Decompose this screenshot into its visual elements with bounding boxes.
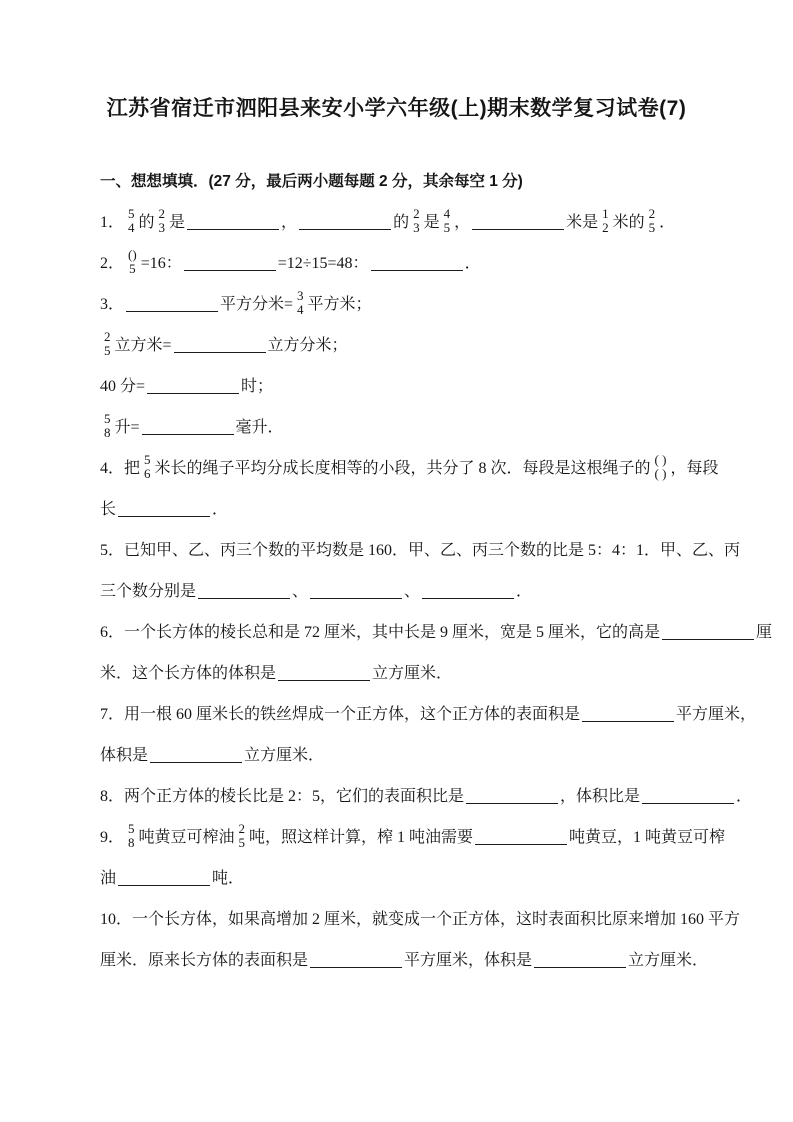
fraction-numerator: 2 [412, 207, 421, 221]
answer-blank [371, 268, 463, 271]
questions-area: 1．54的23是，的23是45，米是12米的25．2．()5=16：=12÷15… [100, 202, 793, 981]
fraction-denominator: 4 [296, 303, 305, 317]
fraction-denominator: 3 [158, 221, 167, 235]
text-run: ，体积比是 [560, 788, 640, 805]
fraction: 25 [238, 822, 247, 850]
question-line: 10．一个长方体，如果高增加 2 厘米，就变成一个正方体，这时表面积比原来增加 … [100, 899, 793, 940]
fraction: 45 [443, 207, 452, 235]
answer-blank [310, 596, 402, 599]
fraction-numerator: 2 [238, 822, 247, 836]
text-run: 9． [100, 829, 124, 846]
answer-blank [184, 268, 276, 271]
answer-blank [534, 965, 626, 968]
answer-blank [422, 596, 514, 599]
text-run: 平方分米= [220, 296, 293, 313]
text-run: 的 [393, 214, 409, 231]
question-line: 米．这个长方体的体积是立方厘米． [100, 653, 793, 694]
text-run: 4．把 [100, 460, 140, 477]
text-run: 是 [424, 214, 440, 231]
text-run: 平方米； [308, 296, 372, 313]
fraction: ()5 [127, 248, 138, 276]
text-run: 立方厘米． [244, 747, 324, 764]
text-run: 毫升． [236, 419, 284, 436]
text-run: ． [516, 583, 532, 600]
text-run: 米长的绳子平均分成长度相等的小段，共分了 8 次．每段是这根绳子的 [155, 460, 651, 477]
text-run: 米的 [613, 214, 645, 231]
fraction-numerator: 2 [158, 207, 167, 221]
answer-blank [118, 883, 210, 886]
question-line: 5．已知甲、乙、丙三个数的平均数是 160．甲、乙、丙三个数的比是 5：4：1．… [100, 530, 793, 571]
question-line: 2．()5=16：=12÷15=48：． [100, 243, 793, 284]
answer-blank [142, 432, 234, 435]
text-run: ． [465, 255, 481, 272]
fraction-denominator: 3 [412, 221, 421, 235]
question-line: 1．54的23是，的23是45，米是12米的25． [100, 202, 793, 243]
answer-blank [126, 309, 218, 312]
answer-blank [198, 596, 290, 599]
fraction: ( )( ) [654, 453, 668, 481]
fraction-numerator: 1 [601, 207, 610, 221]
question-line: 长． [100, 489, 793, 530]
text-run: 是 [169, 214, 185, 231]
fraction-numerator: 5 [127, 822, 136, 836]
answer-blank [642, 801, 734, 804]
text-run: 立方分米； [268, 337, 348, 354]
question-line: 厘米．原来长方体的表面积是平方厘米，体积是立方厘米． [100, 940, 793, 981]
text-run: 立方厘米． [628, 952, 708, 969]
fraction-denominator: 5 [238, 836, 247, 850]
fraction: 34 [296, 289, 305, 317]
text-run: 、 [292, 583, 308, 600]
text-run: ， [281, 214, 297, 231]
text-run: =12÷15=48： [278, 255, 369, 272]
fraction-denominator: 5 [648, 221, 657, 235]
text-run: 的 [139, 214, 155, 231]
question-line: 3．平方分米=34平方米； [100, 284, 793, 325]
fraction: 23 [158, 207, 167, 235]
answer-blank [582, 719, 674, 722]
text-run: 立方厘米． [372, 665, 452, 682]
fraction: 58 [127, 822, 136, 850]
text-run: 立方米= [115, 337, 172, 354]
answer-blank [475, 842, 567, 845]
answer-blank [147, 391, 239, 394]
text-run: 吨，照这样计算，榨 1 吨油需要 [249, 829, 473, 846]
question-line: 40 分=时； [100, 366, 793, 407]
text-run: 厘米．原来长方体的表面积是 [100, 952, 308, 969]
fraction-numerator: 5 [127, 207, 136, 221]
text-run: 三个数分别是 [100, 583, 196, 600]
answer-blank [662, 637, 754, 640]
text-run: ． [659, 214, 675, 231]
text-run: 升= [115, 419, 140, 436]
answer-blank [299, 227, 391, 230]
text-run: 40 分= [100, 378, 145, 395]
fraction-denominator: 8 [127, 836, 136, 850]
text-run: 吨． [212, 870, 244, 887]
fraction-numerator: 2 [648, 207, 657, 221]
fraction-numerator: 3 [296, 289, 305, 303]
fraction-numerator: 5 [143, 453, 152, 467]
text-run: 2． [100, 255, 124, 272]
answer-blank [174, 350, 266, 353]
fraction: 56 [143, 453, 152, 481]
answer-blank [310, 965, 402, 968]
fraction-numerator: 4 [443, 207, 452, 221]
fraction: 23 [412, 207, 421, 235]
fraction: 25 [648, 207, 657, 235]
text-run: 10．一个长方体，如果高增加 2 厘米，就变成一个正方体，这时表面积比原来增加 … [100, 911, 740, 928]
answer-blank [278, 678, 370, 681]
fraction-denominator: 5 [103, 344, 112, 358]
question-line: 9．58吨黄豆可榨油25吨，照这样计算，榨 1 吨油需要吨黄豆，1 吨黄豆可榨 [100, 817, 793, 858]
question-line: 58升=毫升． [100, 407, 793, 448]
fraction-numerator: () [127, 248, 138, 262]
question-line: 体积是立方厘米． [100, 735, 793, 776]
question-line: 油吨． [100, 858, 793, 899]
text-run: 长 [100, 501, 116, 518]
text-run: 平方厘米， [676, 706, 756, 723]
text-run: 、 [404, 583, 420, 600]
question-line: 4．把56米长的绳子平均分成长度相等的小段，共分了 8 次．每段是这根绳子的( … [100, 448, 793, 489]
fraction-denominator: 6 [143, 467, 152, 481]
answer-blank [118, 514, 210, 517]
question-line: 三个数分别是、、． [100, 571, 793, 612]
fraction: 54 [127, 207, 136, 235]
fraction: 58 [103, 412, 112, 440]
text-run: 厘 [756, 624, 772, 641]
fraction-denominator: 8 [103, 426, 112, 440]
section-header: 一、想想填填．(27 分，最后两小题每题 2 分，其余每空 1 分) [100, 172, 793, 191]
text-run: 3． [100, 296, 124, 313]
text-run: ， [454, 214, 470, 231]
text-run: 5．已知甲、乙、丙三个数的平均数是 160．甲、乙、丙三个数的比是 5：4：1．… [100, 542, 740, 559]
fraction-numerator: ( ) [654, 453, 668, 467]
page-title: 江苏省宿迁市泗阳县来安小学六年级(上)期末数学复习试卷(7) [0, 0, 793, 124]
question-line: 8．两个正方体的棱长比是 2：5，它们的表面积比是，体积比是． [100, 776, 793, 817]
text-run: 吨黄豆可榨油 [139, 829, 235, 846]
text-run: 8．两个正方体的棱长比是 2：5，它们的表面积比是 [100, 788, 464, 805]
text-run: 米是 [566, 214, 598, 231]
fraction-denominator: 2 [601, 221, 610, 235]
answer-blank [472, 227, 564, 230]
text-run: 7．用一根 60 厘米长的铁丝焊成一个正方体，这个正方体的表面积是 [100, 706, 580, 723]
fraction: 25 [103, 330, 112, 358]
fraction-denominator: ( ) [654, 467, 668, 481]
question-line: 25立方米=立方分米； [100, 325, 793, 366]
answer-blank [466, 801, 558, 804]
question-line: 7．用一根 60 厘米长的铁丝焊成一个正方体，这个正方体的表面积是平方厘米， [100, 694, 793, 735]
text-run: ，每段 [670, 460, 718, 477]
text-run: 吨黄豆，1 吨黄豆可榨 [569, 829, 725, 846]
text-run: 平方厘米，体积是 [404, 952, 532, 969]
fraction-denominator: 4 [127, 221, 136, 235]
fraction: 12 [601, 207, 610, 235]
question-line: 6．一个长方体的棱长总和是 72 厘米，其中长是 9 厘米，宽是 5 厘米，它的… [100, 612, 793, 653]
text-run: 油 [100, 870, 116, 887]
fraction-numerator: 5 [103, 412, 112, 426]
exam-page: 江苏省宿迁市泗阳县来安小学六年级(上)期末数学复习试卷(7) 一、想想填填．(2… [0, 0, 793, 1122]
text-run: 1． [100, 214, 124, 231]
text-run: ． [736, 788, 752, 805]
text-run: 体积是 [100, 747, 148, 764]
fraction-denominator: 5 [127, 262, 138, 276]
text-run: =16： [141, 255, 182, 272]
answer-blank [150, 760, 242, 763]
fraction-numerator: 2 [103, 330, 112, 344]
fraction-denominator: 5 [443, 221, 452, 235]
answer-blank [187, 227, 279, 230]
text-run: 米．这个长方体的体积是 [100, 665, 276, 682]
text-run: 时； [241, 378, 273, 395]
text-run: 6．一个长方体的棱长总和是 72 厘米，其中长是 9 厘米，宽是 5 厘米，它的… [100, 624, 660, 641]
text-run: ． [212, 501, 228, 518]
